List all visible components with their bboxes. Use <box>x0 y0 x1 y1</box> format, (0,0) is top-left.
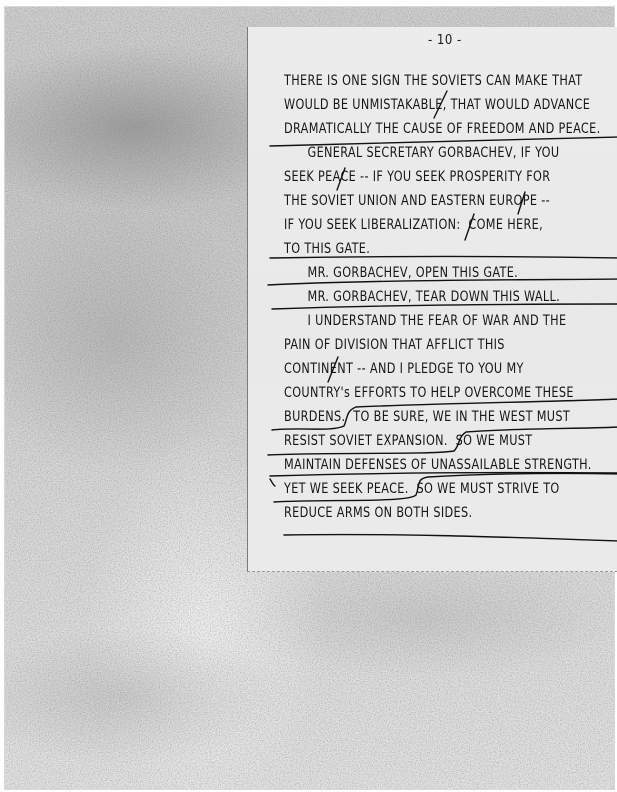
text-line: CONTINENT -- AND I PLEDGE TO YOU MY <box>284 355 617 382</box>
text-line: PAIN OF DIVISION THAT AFFLICT THIS <box>284 331 617 358</box>
pasted-text-insert: - 10 - THERE IS ONE SIGN THE SOVIETS CAN… <box>247 27 617 572</box>
pen-separator-line <box>284 535 617 541</box>
text-line: REDUCE ARMS ON BOTH SIDES. <box>284 499 617 526</box>
text-line: THERE IS ONE SIGN THE SOVIETS CAN MAKE T… <box>284 67 617 94</box>
text-line: I UNDERSTAND THE FEAR OF WAR AND THE <box>284 307 617 334</box>
text-line: MR. GORBACHEV, OPEN THIS GATE. <box>284 259 617 286</box>
text-line: DRAMATICALLY THE CAUSE OF FREEDOM AND PE… <box>284 115 617 142</box>
text-line: THE SOVIET UNION AND EASTERN EUROPE -- <box>284 187 617 214</box>
text-line: IF YOU SEEK LIBERALIZATION: COME HERE, <box>284 211 617 238</box>
text-line: COUNTRY's EFFORTS TO HELP OVERCOME THESE <box>284 379 617 406</box>
text-line: BURDENS. TO BE SURE, WE IN THE WEST MUST <box>284 403 617 430</box>
text-line: SEEK PEACE -- IF YOU SEEK PROSPERITY FOR <box>284 163 617 190</box>
text-line: GENERAL SECRETARY GORBACHEV, IF YOU <box>284 139 617 166</box>
text-line: TO THIS GATE. <box>284 235 617 262</box>
pen-bracket-curve <box>270 479 275 486</box>
text-line: MAINTAIN DEFENSES OF UNASSAILABLE STRENG… <box>284 451 617 478</box>
page-number: - 10 - <box>428 33 462 48</box>
scanned-page: - 10 - THERE IS ONE SIGN THE SOVIETS CAN… <box>4 6 615 790</box>
text-line: MR. GORBACHEV, TEAR DOWN THIS WALL. <box>284 283 617 310</box>
text-line: WOULD BE UNMISTAKABLE, THAT WOULD ADVANC… <box>284 91 617 118</box>
text-line: RESIST SOVIET EXPANSION. SO WE MUST <box>284 427 617 454</box>
text-line: YET WE SEEK PEACE. SO WE MUST STRIVE TO <box>284 475 617 502</box>
